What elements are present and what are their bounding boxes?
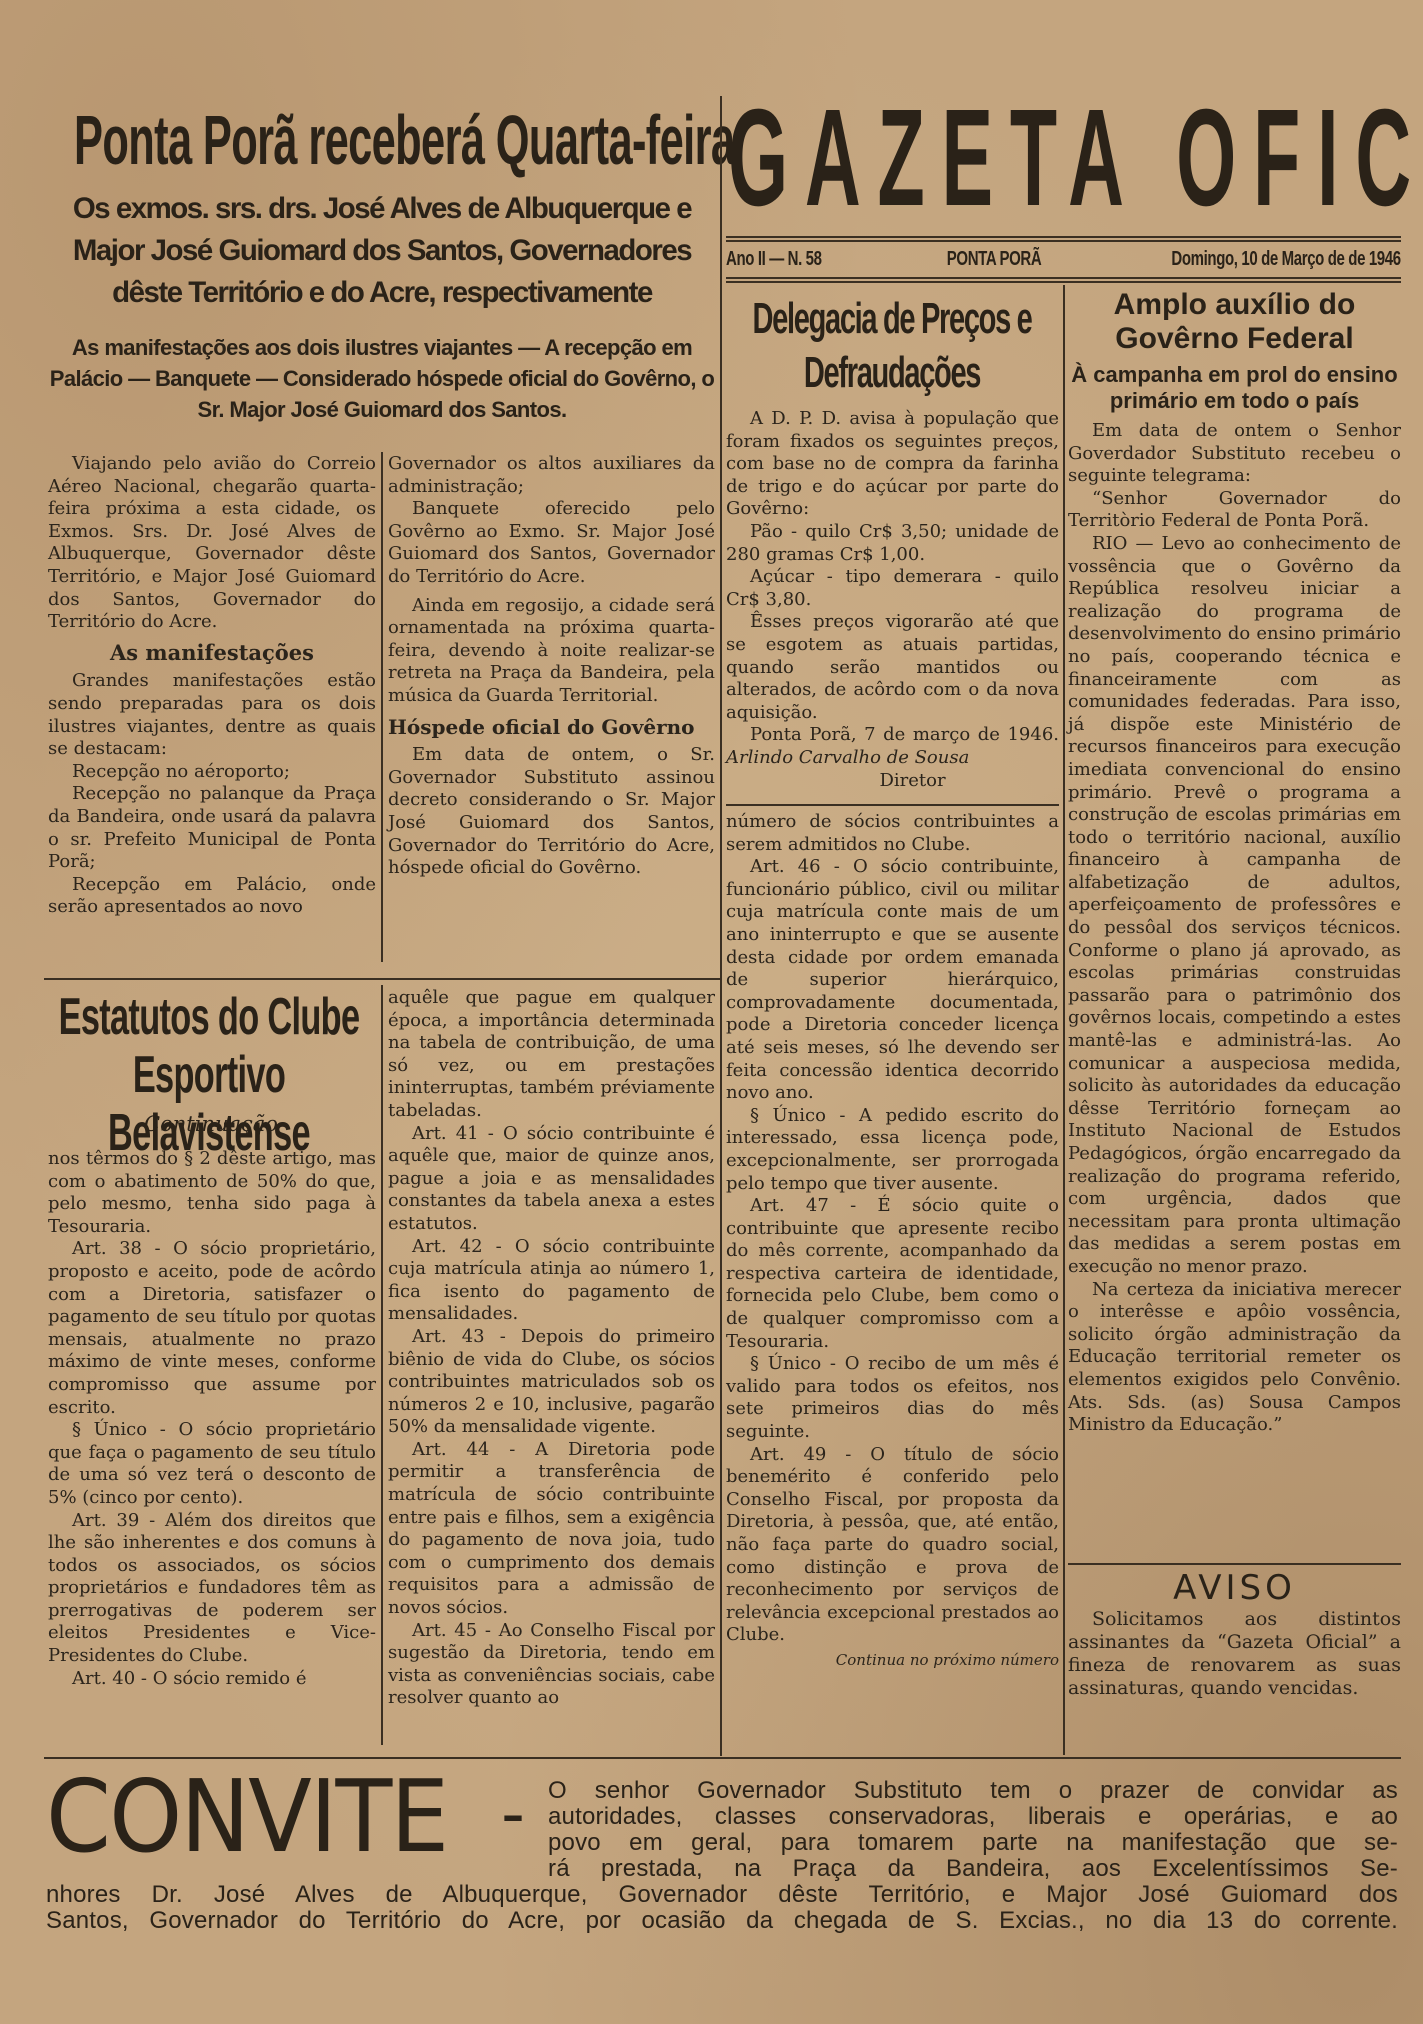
statutes-paragraph: § Único - O recibo de um mês é valido pa… xyxy=(726,1353,1059,1443)
statutes-column-1: nos têrmos do § 2 dêste artigo, mas com … xyxy=(48,1148,376,1690)
article-rule xyxy=(726,804,1059,806)
convite-dash: – xyxy=(502,1790,524,1841)
prices-headline: Delegacia de Preços e Defraudações xyxy=(726,292,1059,400)
column-rule xyxy=(381,452,383,962)
federal-paragraph: “Senhor Governador do Territòrio Federal… xyxy=(1068,488,1401,533)
statutes-column-2: aquêle que pague em qualquer época, a im… xyxy=(388,987,715,1710)
lead-deck-text: As manifestações aos dois ilustres viaja… xyxy=(50,335,714,422)
masthead-rule-bottom xyxy=(726,277,1401,279)
lead-subheadline: Os exmos. srs. drs. José Alves de Albuqu… xyxy=(51,188,713,314)
lead-paragraph: Recepção no palanque da Praça da Bandeir… xyxy=(48,783,376,873)
statutes-paragraph: Art. 41 - O sócio contribuinte é aquêle … xyxy=(388,1123,715,1236)
aviso-box: AVISO Solicitamos aos distintos assinant… xyxy=(1068,1568,1401,1700)
statutes-kicker: Continuação xyxy=(44,1112,378,1136)
column-rule xyxy=(381,985,383,1745)
convite-line: Santos, Governador do Território do Acre… xyxy=(46,1908,1398,1934)
masthead-rule-bottom xyxy=(726,281,1401,283)
statutes-paragraph: Art. 47 - É sócio quite o contribuinte q… xyxy=(726,1195,1059,1353)
convite-line: rá prestada, na Praça da Bandeira, aos E… xyxy=(548,1856,1398,1882)
issue-date: Domingo, 10 de Março de de 1946 xyxy=(1172,243,1401,275)
masthead: GAZETA OFICIAL Ano II — N. 58 PONTA PORÃ… xyxy=(726,88,1401,284)
aviso-body: Solicitamos aos distintos assinantes da … xyxy=(1068,1608,1401,1700)
convite-title: CONVITE xyxy=(46,1762,447,1872)
prices-paragraph: Êsses preços vigorarão até que se esgote… xyxy=(726,611,1059,724)
masthead-title: GAZETA OFICIAL xyxy=(728,88,1423,228)
lead-column-2: Governador os altos auxiliares da admini… xyxy=(388,453,715,880)
federal-subheadline: À campanha em prol do ensino primário em… xyxy=(1068,362,1401,414)
convite-line: O senhor Governador Substituto tem o pra… xyxy=(548,1778,1398,1804)
convite-line: povo em geral, para tomarem parte na man… xyxy=(548,1830,1398,1856)
federal-paragraph: Em data de ontem o Senhor Goverdador Sub… xyxy=(1068,420,1401,488)
lead-headline: Ponta Porã receberá Quarta-feira xyxy=(74,100,725,180)
column-rule xyxy=(1063,285,1065,1755)
federal-body: Em data de ontem o Senhor Goverdador Sub… xyxy=(1068,420,1401,1437)
section-title-manifestacoes: As manifestações xyxy=(48,642,376,665)
continued-note: Continua no próximo número xyxy=(726,1649,1059,1672)
lead-subheadline-text: Os exmos. srs. drs. José Alves de Albuqu… xyxy=(51,188,713,314)
issue-number: Ano II — N. 58 xyxy=(726,243,822,275)
aviso-title: AVISO xyxy=(1068,1568,1401,1608)
prices-article: Delegacia de Preços e Defraudações A D. … xyxy=(726,292,1059,792)
statutes-paragraph: Art. 46 - O sócio contribuinte, funcioná… xyxy=(726,856,1059,1105)
federal-paragraph: RIO — Levo ao conhecimento de vossência … xyxy=(1068,533,1401,1279)
statutes-paragraph: Art. 40 - O sócio remido é xyxy=(48,1668,376,1691)
prices-signatory-title: Diretor xyxy=(726,770,1059,793)
statutes-paragraph: número de sócios contribuintes a serem a… xyxy=(726,811,1059,856)
masthead-rule-top xyxy=(726,236,1401,238)
prices-headline-text: Delegacia de Preços e Defraudações xyxy=(727,292,1057,400)
convite-body-full: nhores Dr. José Alves de Albuquerque, Go… xyxy=(46,1882,1398,1934)
statutes-paragraph: Art. 42 - O sócio contribuinte cuja matr… xyxy=(388,1236,715,1326)
statutes-paragraph: aquêle que pague em qualquer época, a im… xyxy=(388,987,715,1123)
lead-paragraph: Recepção no aéroporto; xyxy=(48,761,376,784)
aviso-text: Solicitamos aos distintos assinantes da … xyxy=(1068,1608,1401,1700)
section-title-hospede: Hóspede oficial do Govêrno xyxy=(388,716,715,739)
federal-headline: Amplo auxílio do Govêrno Federal xyxy=(1068,288,1401,356)
article-rule xyxy=(44,978,720,980)
statutes-paragraph: Art. 38 - O sócio proprietário, proposto… xyxy=(48,1238,376,1419)
city-name: PONTA PORÃ xyxy=(947,243,1042,275)
lead-paragraph: Em data de ontem, o Sr. Governador Subst… xyxy=(388,744,715,880)
prices-dateline: Ponta Porã, 7 de março de 1946. xyxy=(750,724,1059,745)
convite-title-text: CONVITE xyxy=(46,1758,447,1875)
lead-paragraph: Recepção em Palácio, onde serão apresent… xyxy=(48,874,376,919)
convite-body-right: O senhor Governador Substituto tem o pra… xyxy=(548,1778,1398,1882)
statutes-paragraph: § Único - A pedido escrito do interessad… xyxy=(726,1105,1059,1195)
convite-line: nhores Dr. José Alves de Albuquerque, Go… xyxy=(46,1882,1398,1908)
statutes-paragraph: Art. 44 - A Diretoria pode permitir a tr… xyxy=(388,1439,715,1620)
statutes-paragraph: Art. 39 - Além dos direitos que lhe são … xyxy=(48,1510,376,1668)
prices-paragraph: A D. P. D. avisa à população que foram f… xyxy=(726,408,1059,521)
prices-paragraph: Açúcar - tipo demerara - quilo Cr$ 3,80. xyxy=(726,566,1059,611)
prices-signatory: Arlindo Carvalho de Sousa xyxy=(726,747,969,768)
lead-paragraph: Grandes manifestações estão sendo prepar… xyxy=(48,670,376,760)
masthead-rule-top xyxy=(726,240,1401,242)
lead-deck: As manifestações aos dois ilustres viaja… xyxy=(44,332,720,425)
statutes-column-3: número de sócios contribuintes a serem a… xyxy=(726,811,1059,1672)
prices-paragraph: Pão - quilo Cr$ 3,50; unidade de 280 gra… xyxy=(726,521,1059,566)
lead-paragraph: Viajando pelo avião do Correio Aéreo Nac… xyxy=(48,453,376,634)
lead-column-1: Viajando pelo avião do Correio Aéreo Nac… xyxy=(48,453,376,919)
federal-article: Amplo auxílio do Govêrno Federal À campa… xyxy=(1068,288,1401,1437)
statutes-paragraph: § Único - O sócio proprietário que faça … xyxy=(48,1419,376,1509)
prices-body: A D. P. D. avisa à população que foram f… xyxy=(726,408,1059,792)
statutes-paragraph: Art. 49 - O título de sócio benemérito é… xyxy=(726,1444,1059,1647)
convite-line: autoridades, classes conservadoras, libe… xyxy=(548,1804,1398,1830)
lead-paragraph: Banquete oferecido pelo Govêrno ao Exmo.… xyxy=(388,498,715,588)
lead-paragraph: Ainda em regosijo, a cidade será ornamen… xyxy=(388,595,715,708)
lead-paragraph: Governador os altos auxiliares da admini… xyxy=(388,453,715,498)
statutes-paragraph: nos têrmos do § 2 dêste artigo, mas com … xyxy=(48,1148,376,1238)
federal-paragraph: Na certeza da iniciativa merecer o inter… xyxy=(1068,1279,1401,1437)
column-rule xyxy=(720,96,722,1756)
aviso-rule xyxy=(1068,1563,1401,1565)
statutes-paragraph: Art. 43 - Depois do primeiro biênio de v… xyxy=(388,1326,715,1439)
statutes-paragraph: Art. 45 - Ao Conselho Fiscal por sugestã… xyxy=(388,1620,715,1710)
